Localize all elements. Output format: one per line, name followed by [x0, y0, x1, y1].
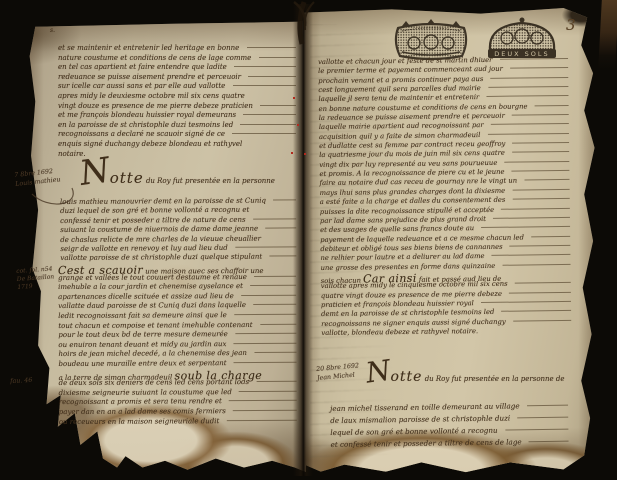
- initial-letter: N: [80, 170, 109, 174]
- manuscript-line: ou receueurs en la maison seigneuriale d…: [59, 416, 299, 427]
- manuscript-line: en la paroisse de st christophle duzi te…: [58, 121, 298, 131]
- manuscript-line: et se maintenir et entretenir led herita…: [58, 44, 298, 54]
- red-ink-dot: [293, 97, 295, 99]
- page-number: 3: [566, 16, 576, 34]
- red-ink-dot: [291, 152, 293, 154]
- manuscript-line: recognoissans a declaré ne scauoir signé…: [58, 130, 298, 140]
- left-page-top-mark: s.: [50, 27, 55, 34]
- initial-letter: N: [366, 370, 390, 373]
- red-ink-dot: [304, 153, 306, 155]
- margin-note-fau: fau. 46: [10, 376, 54, 386]
- left-paragraph-2: louis mathieu manouvrier demt en la paro…: [60, 196, 298, 263]
- left-paragraph-3: Cest a scauoir une maison auec ses chaff…: [58, 263, 299, 427]
- manuscript-line: Cest a scauoir une maison auec ses chaff…: [58, 263, 298, 274]
- manuscript-line: en tel cas apartient et faire entendre q…: [58, 63, 298, 73]
- fore-edge: [598, 0, 617, 70]
- manuscript-line: fau. 46: [10, 376, 54, 386]
- manuscript-line: apres midy le deuxiesme octobre mil six …: [58, 92, 298, 102]
- notte-heading-left: Notte du Roy fut presentée en la personn…: [80, 168, 275, 187]
- manuscript-line: vingt douze es presence de me pierre deb…: [58, 102, 298, 112]
- manuscript-line: nature coustume et conditions de cens de…: [58, 54, 298, 64]
- right-paragraph-2: jean michel tisserand en toille demeuran…: [330, 401, 571, 452]
- notte-heading-right: Notte du Roy fut presentée en la personn…: [366, 366, 565, 385]
- manuscript-scan: DEUX SOLS 3 s. et se maintenir et entret…: [0, 0, 617, 480]
- manuscript-line: sur icelle car aussi sans et par elle au…: [58, 82, 298, 92]
- red-ink-dot: [297, 124, 299, 126]
- margin-note-folio: cot. fol. n54De Bataillon1719: [16, 264, 70, 292]
- manuscript-line: enquis signé duchangy debeze blondeau et…: [58, 140, 298, 150]
- manuscript-line: et me françois blondeau huissier royal d…: [58, 111, 298, 121]
- left-paragraph-1: et se maintenir et entretenir led herita…: [58, 44, 298, 159]
- manuscript-line: redeuance se puisse aisement prendre et …: [58, 73, 298, 83]
- right-paragraph-1: vallotte et chacun jour et feste de st m…: [318, 55, 573, 338]
- binding-threads: [286, 0, 320, 48]
